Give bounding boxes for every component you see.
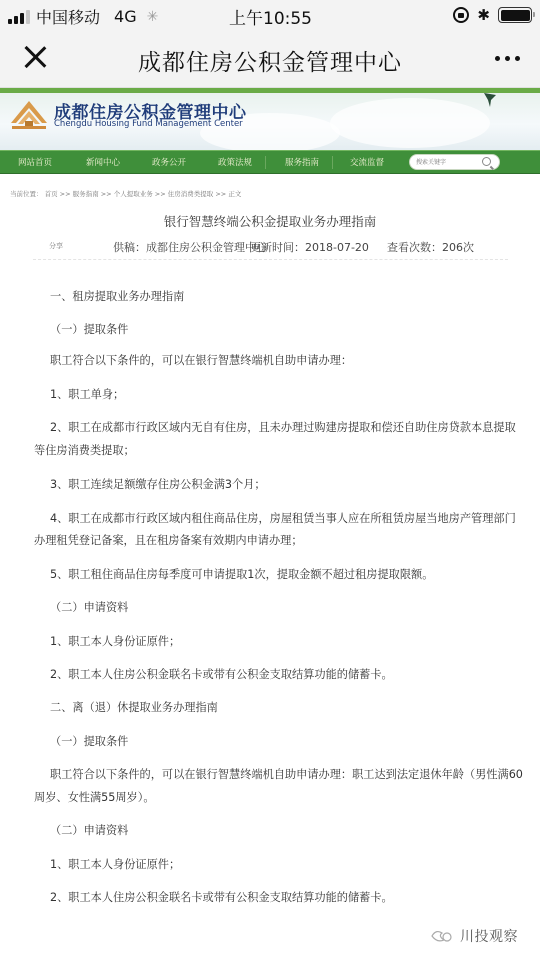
- bird-decoration-icon: [482, 93, 498, 107]
- breadcrumb-item-service-guide[interactable]: 服务指南: [73, 190, 99, 198]
- nav-item-gov-affairs[interactable]: 政务公开: [152, 156, 186, 168]
- breadcrumb-separator: >>: [155, 190, 166, 198]
- status-right: ✱: [453, 6, 532, 24]
- breadcrumb-separator: >>: [101, 190, 112, 198]
- article-view-count: 查看次数：206次: [387, 239, 474, 255]
- article-meta: 分享 供稿：成都住房公积金管理中心 更新时间：2018-07-20 查看次数：2…: [0, 238, 540, 258]
- paragraph: 职工符合以下条件的，可以在银行智慧终端机自助申请办理：: [50, 352, 352, 368]
- list-item: 5、职工租住商品住房每季度可申请提取1次，提取金额不超过租房提取限额。: [50, 566, 433, 582]
- share-button[interactable]: 分享: [49, 241, 63, 251]
- breadcrumb-separator: >>: [215, 190, 226, 198]
- search-icon[interactable]: [482, 157, 491, 166]
- site-search-input[interactable]: [416, 157, 476, 168]
- list-item: 3、职工连续足额缴存住房公积金满3个月；: [50, 476, 266, 492]
- battery-icon: [498, 7, 532, 23]
- subsection-heading: （二）申请资料: [50, 822, 128, 838]
- meta-divider: [33, 259, 508, 260]
- article-title: 银行智慧终端公积金提取业务办理指南: [0, 212, 540, 230]
- dot-icon: [505, 56, 510, 61]
- nav-item-feedback[interactable]: 交流监督: [350, 156, 384, 168]
- carrier-name: 中国移动: [36, 5, 100, 28]
- paragraph: 职工符合以下条件的，可以在银行智慧终端机自助申请办理：职工达到法定退休年龄（男性…: [50, 766, 523, 782]
- site-search-box: [409, 154, 500, 170]
- loading-spinner-icon: ✳: [147, 9, 159, 25]
- clock: 上午10:55: [229, 4, 312, 29]
- nav-divider: [332, 156, 333, 169]
- subsection-heading: （一）提取条件: [50, 733, 128, 749]
- rotation-lock-icon: [453, 7, 469, 23]
- status-bar: 中国移动 4G ✳ 上午10:55 ✱: [0, 0, 540, 30]
- list-item: 1、职工单身；: [50, 386, 124, 402]
- list-item: 4、职工在成都市行政区域内租住商品住房，房屋租赁当事人应在所租赁房屋当地房产管理…: [50, 510, 516, 526]
- dot-icon: [515, 56, 520, 61]
- breadcrumb-item-home[interactable]: 首页: [45, 190, 58, 198]
- site-banner: 成都住房公积金管理中心 Chengdu Housing Fund Managem…: [0, 88, 540, 150]
- list-item: 2、职工本人住房公积金联名卡或带有公积金支取结算功能的储蓄卡。: [50, 666, 393, 682]
- breadcrumb-item-housing-consumption[interactable]: 住房消费类提取: [168, 190, 214, 198]
- nav-divider: [265, 156, 266, 169]
- nav-item-news[interactable]: 新闻中心: [86, 156, 120, 168]
- subsection-heading: （一）提取条件: [50, 321, 128, 337]
- article-source: 供稿：成都住房公积金管理中心: [113, 239, 267, 255]
- watermark-text: 川投观察: [460, 926, 518, 946]
- list-item-continued: 等住房消费类提取；: [34, 442, 135, 458]
- list-item: 2、职工在成都市行政区域内无自有住房，且未办理过购建房提取和偿还自助住房贷款本息…: [50, 419, 516, 435]
- bluetooth-icon: ✱: [477, 6, 490, 24]
- article-updated-date: 更新时间：2018-07-20: [250, 239, 369, 255]
- section-heading: 一、租房提取业务办理指南: [50, 288, 184, 304]
- nav-item-policies[interactable]: 政策法规: [218, 156, 252, 168]
- breadcrumb-item-personal-withdrawal[interactable]: 个人提取业务: [114, 190, 153, 198]
- breadcrumb-item-current: 正文: [228, 190, 241, 198]
- breadcrumb-prefix: 当前位置：: [10, 190, 43, 198]
- status-left: 中国移动 4G ✳: [8, 5, 158, 28]
- breadcrumb-separator: >>: [60, 190, 71, 198]
- breadcrumb: 当前位置： 首页 >> 服务指南 >> 个人提取业务 >> 住房消费类提取 >>…: [10, 189, 241, 198]
- more-options-button[interactable]: [495, 56, 520, 61]
- page-title: 成都住房公积金管理中心: [0, 44, 540, 77]
- webview-nav-bar: 成都住房公积金管理中心: [0, 30, 540, 88]
- nav-item-home[interactable]: 网站首页: [18, 156, 52, 168]
- nav-item-service-guide[interactable]: 服务指南: [285, 156, 319, 168]
- network-type: 4G: [114, 7, 137, 26]
- list-item: 2、职工本人住房公积金联名卡或带有公积金支取结算功能的储蓄卡。: [50, 889, 393, 905]
- site-logo-subtitle: Chengdu Housing Fund Management Center: [54, 119, 243, 129]
- house-logo-icon[interactable]: [9, 99, 49, 133]
- site-nav-menu: 网站首页 新闻中心 政务公开 政策法规 服务指南 交流监督: [0, 150, 540, 174]
- list-item: 1、职工本人身份证原件；: [50, 633, 180, 649]
- subsection-heading: （二）申请资料: [50, 599, 128, 615]
- dot-icon: [495, 56, 500, 61]
- list-item: 1、职工本人身份证原件；: [50, 856, 180, 872]
- list-item-continued: 办理租凭登记备案，且在租房备案有效期内申请办理；: [34, 532, 303, 548]
- signal-strength-icon: [8, 10, 30, 24]
- wechat-official-account-icon: [430, 928, 454, 944]
- watermark: 川投观察: [430, 926, 518, 946]
- section-heading: 二、离（退）休提取业务办理指南: [50, 699, 218, 715]
- paragraph-continued: 周岁、女性满55周岁）。: [34, 789, 155, 805]
